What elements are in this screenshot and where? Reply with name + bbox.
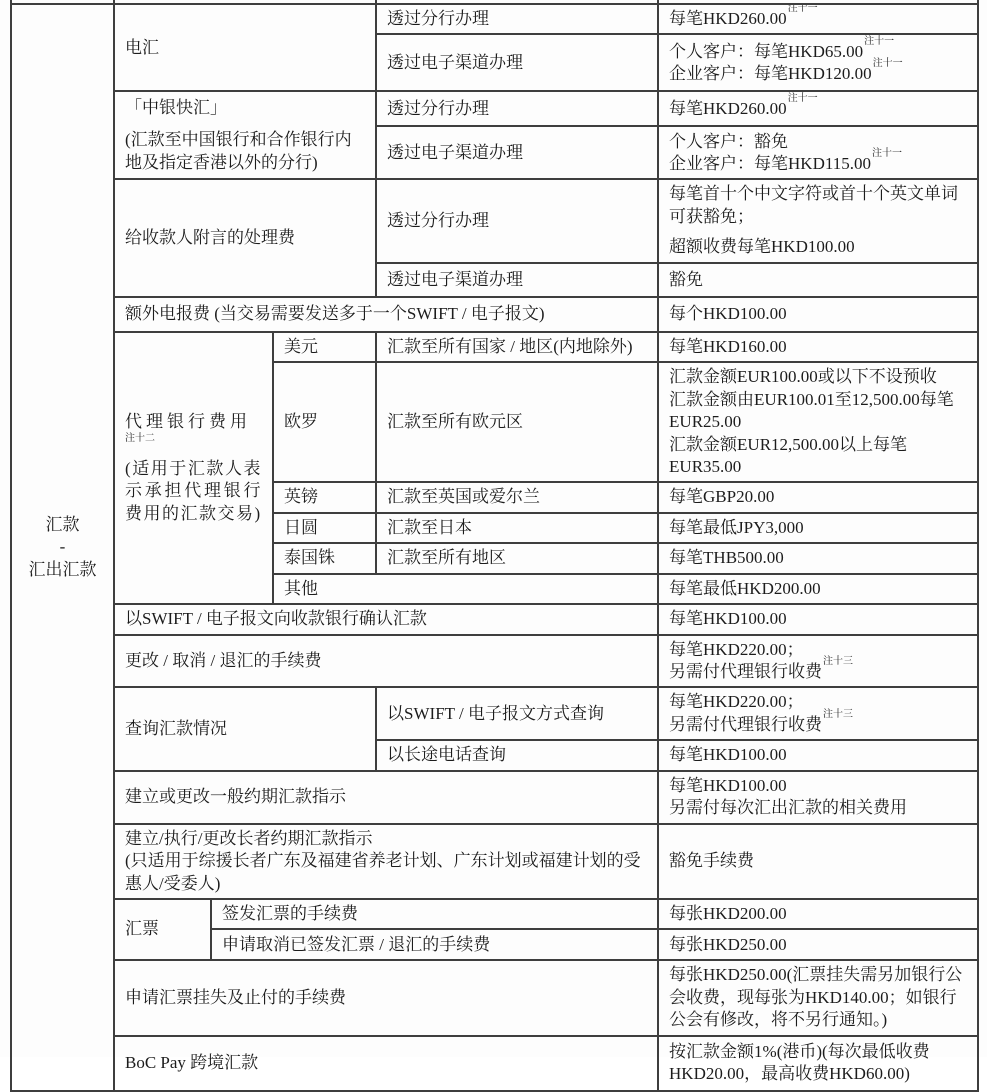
currency-label: 美元 (284, 337, 318, 356)
destination-cell: 汇款至日本 (376, 513, 658, 543)
fee-cell: 每笔HKD100.00 (658, 740, 978, 770)
service-label-cell: 申请汇票挂失及止付的手续费 (114, 960, 658, 1035)
fee-text: 另需付每次汇出汇款的相关费用 (669, 797, 967, 819)
fee-text: 每个HKD100.00 (669, 304, 787, 323)
footnote-marker: 注十一 (788, 93, 818, 104)
fee-text: 每笔最低HKD200.00 (669, 579, 821, 598)
fee-cell: 每个HKD100.00 (658, 297, 978, 332)
channel-cell: 以SWIFT / 电子报文方式查询 (376, 687, 658, 740)
table-row: 查询汇款情况 以SWIFT / 电子报文方式查询 每笔HKD220.00； 另需… (11, 687, 978, 740)
service-description: (适用于汇款人表示承担代理银行费用的汇款交易) (125, 458, 262, 525)
fee-cell: 按汇款金额1%(港币)(每次最低收费HKD20.00，最高收费HKD60.00) (658, 1036, 978, 1091)
service-label-cell: 「中银快汇」 (汇款至中国银行和合作银行内地及指定香港以外的分行) (114, 91, 376, 179)
footnote-marker: 注十三 (823, 709, 853, 720)
destination-cell: 汇款至所有欧元区 (376, 362, 658, 482)
currency-label: 日圆 (284, 518, 318, 537)
sub-service-label: 申请取消已签发汇票 / 退汇的手续费 (222, 935, 490, 954)
channel-cell: 透过分行办理 (376, 4, 658, 34)
section-label-line: 汇出汇款 (22, 559, 103, 581)
fee-text: 每张HKD200.00 (669, 904, 787, 923)
service-label-cell: 建立或更改一般约期汇款指示 (114, 771, 658, 824)
fee-text: 每笔HKD160.00 (669, 337, 787, 356)
footnote-marker: 注十一 (864, 36, 894, 47)
channel-cell: 透过分行办理 (376, 179, 658, 262)
service-label: BoC Pay 跨境汇款 (125, 1053, 258, 1072)
channel-label: 以SWIFT / 电子报文方式查询 (387, 704, 604, 723)
fee-text: 企业客户：每笔HKD120.00注十一 (669, 63, 967, 85)
fee-cell: 每笔HKD260.00注十一 (658, 91, 978, 126)
channel-cell: 透过分行办理 (376, 91, 658, 126)
table-row: 「中银快汇」 (汇款至中国银行和合作银行内地及指定香港以外的分行) 透过分行办理… (11, 91, 978, 126)
service-label: 建立/执行/更改长者约期汇款指示 (125, 828, 647, 850)
table-row: 汇票 签发汇票的手续费 每张HKD200.00 (11, 899, 978, 929)
fee-cell: 汇款金额EUR100.00或以下不设预收 汇款金额由EUR100.01至12,5… (658, 362, 978, 482)
fee-text: 豁免手续费 (669, 851, 754, 870)
destination-cell: 汇款至所有地区 (376, 543, 658, 573)
service-label-cell: 查询汇款情况 (114, 687, 376, 770)
channel-label: 透过分行办理 (387, 9, 489, 28)
fee-cell: 每张HKD250.00(汇票挂失需另加银行公会收费，现每张为HKD140.00；… (658, 960, 978, 1035)
service-label: 给收款人附言的处理费 (125, 228, 295, 247)
service-label-cell: BoC Pay 跨境汇款 (114, 1036, 658, 1091)
service-description: (只适用于综援长者广东及福建省养老计划、广东计划或福建计划的受惠人/受委人) (125, 850, 647, 895)
channel-label: 透过电子渠道办理 (387, 143, 523, 162)
fee-text: 每笔HKD220.00； (669, 691, 967, 713)
currency-cell: 泰国铢 (273, 543, 376, 573)
fee-cell: 每笔HKD160.00 (658, 332, 978, 362)
sub-service-cell: 申请取消已签发汇票 / 退汇的手续费 (211, 929, 658, 960)
fee-text: 每张HKD250.00(汇票挂失需另加银行公会收费，现每张为HKD140.00；… (669, 965, 962, 1029)
destination-label: 汇款至所有地区 (387, 548, 506, 567)
fee-text: 每笔HKD220.00； (669, 639, 967, 661)
service-label: 建立或更改一般约期汇款指示 (125, 787, 346, 806)
destination-label: 汇款至所有国家 / 地区(内地除外) (387, 337, 633, 356)
fee-text: 企业客户：每笔HKD115.00注十一 (669, 153, 967, 175)
service-label-cell: 汇票 (114, 899, 211, 960)
table-row: 建立或更改一般约期汇款指示 每笔HKD100.00 另需付每次汇出汇款的相关费用 (11, 771, 978, 824)
service-label-cell: 建立/执行/更改长者约期汇款指示 (只适用于综援长者广东及福建省养老计划、广东计… (114, 824, 658, 899)
fee-text: 个人客户：每笔HKD65.00注十一 (669, 41, 967, 63)
currency-cell: 美元 (273, 332, 376, 362)
channel-label: 以长途电话查询 (387, 745, 506, 764)
fee-cell: 每笔最低JPY3,000 (658, 513, 978, 543)
fee-schedule-page: 汇款 - 汇出汇款 电汇 透过分行办理 每笔HKD260.00注十一 透过电子渠… (0, 0, 987, 1057)
service-label: 代理银行费用 (125, 411, 262, 433)
fee-text: 每笔HKD260.00 (669, 9, 787, 28)
fee-text: 豁免 (669, 270, 703, 289)
service-label-cell: 更改 / 取消 / 退汇的手续费 (114, 635, 658, 688)
currency-cell: 日圆 (273, 513, 376, 543)
currency-cell: 其他 (273, 574, 658, 604)
service-label: 「中银快汇」 (125, 97, 365, 119)
section-label-line: 汇款 (22, 514, 103, 536)
service-description: (汇款至中国银行和合作银行内地及指定香港以外的分行) (125, 129, 365, 174)
fee-text: 每笔HKD100.00 (669, 745, 787, 764)
table-row: 更改 / 取消 / 退汇的手续费 每笔HKD220.00； 另需付代理银行收费注… (11, 635, 978, 688)
sub-service-label: 签发汇票的手续费 (222, 904, 358, 923)
fee-cell: 个人客户：每笔HKD65.00注十一 企业客户：每笔HKD120.00注十一 (658, 34, 978, 91)
table-row: 申请汇票挂失及止付的手续费 每张HKD250.00(汇票挂失需另加银行公会收费，… (11, 960, 978, 1035)
fee-text: 个人客户：豁免 (669, 131, 967, 153)
fee-cell: 每笔GBP20.00 (658, 482, 978, 512)
table-row: 汇款 - 汇出汇款 电汇 透过分行办理 每笔HKD260.00注十一 (11, 4, 978, 34)
fee-text: 每笔首十个中文字符或首十个英文单词可获豁免； (669, 183, 967, 228)
fee-cell: 每笔首十个中文字符或首十个英文单词可获豁免； 超额收费每笔HKD100.00 (658, 179, 978, 262)
fee-text: 超额收费每笔HKD100.00 (669, 236, 967, 258)
fee-text: 每张HKD250.00 (669, 935, 787, 954)
fee-cell: 每笔HKD260.00注十一 (658, 4, 978, 34)
footnote-marker: 注十一 (788, 4, 818, 14)
service-label: 以SWIFT / 电子报文向收款银行确认汇款 (125, 609, 427, 628)
currency-label: 欧罗 (284, 412, 318, 431)
remittance-fee-table: 汇款 - 汇出汇款 电汇 透过分行办理 每笔HKD260.00注十一 透过电子渠… (10, 0, 979, 1092)
fee-cell: 每笔THB500.00 (658, 543, 978, 573)
fee-cell: 每笔HKD100.00 (658, 604, 978, 634)
destination-label: 汇款至所有欧元区 (387, 412, 523, 431)
destination-label: 汇款至英国或爱尔兰 (387, 487, 540, 506)
fee-cell: 豁免手续费 (658, 824, 978, 899)
service-label-cell: 额外电报费 (当交易需要发送多于一个SWIFT / 电子报文) (114, 297, 658, 332)
fee-text: 汇款金额EUR100.00或以下不设预收 (669, 366, 967, 388)
fee-text: 另需付代理银行收费注十三 (669, 661, 967, 683)
fee-cell: 每张HKD200.00 (658, 899, 978, 929)
fee-text: 另需付代理银行收费注十三 (669, 714, 967, 736)
fee-cell: 每笔HKD220.00； 另需付代理银行收费注十三 (658, 635, 978, 688)
destination-cell: 汇款至英国或爱尔兰 (376, 482, 658, 512)
footnote-marker: 注十一 (873, 58, 903, 69)
channel-label: 透过电子渠道办理 (387, 53, 523, 72)
currency-label: 泰国铢 (284, 548, 335, 567)
service-label: 额外电报费 (当交易需要发送多于一个SWIFT / 电子报文) (125, 304, 545, 323)
fee-text: 每笔最低JPY3,000 (669, 518, 804, 537)
footnote-marker: 注十二 (125, 434, 262, 444)
channel-label: 透过分行办理 (387, 99, 489, 118)
service-label-cell: 给收款人附言的处理费 (114, 179, 376, 296)
table-row: 给收款人附言的处理费 透过分行办理 每笔首十个中文字符或首十个英文单词可获豁免；… (11, 179, 978, 262)
fee-cell: 每笔HKD220.00； 另需付代理银行收费注十三 (658, 687, 978, 740)
fee-text: 每笔THB500.00 (669, 548, 784, 567)
channel-cell: 以长途电话查询 (376, 740, 658, 770)
section-label-cell: 汇款 - 汇出汇款 (11, 4, 114, 1091)
channel-cell: 透过电子渠道办理 (376, 263, 658, 297)
currency-cell: 英镑 (273, 482, 376, 512)
currency-label: 其他 (284, 579, 318, 598)
table-row: 以SWIFT / 电子报文向收款银行确认汇款 每笔HKD100.00 (11, 604, 978, 634)
sub-service-cell: 签发汇票的手续费 (211, 899, 658, 929)
service-label-cell: 电汇 (114, 4, 376, 91)
currency-label: 英镑 (284, 487, 318, 506)
fee-cell: 每张HKD250.00 (658, 929, 978, 960)
service-label: 汇票 (125, 919, 159, 938)
fee-text: 汇款金额EUR12,500.00以上每笔EUR35.00 (669, 434, 967, 479)
fee-cell: 豁免 (658, 263, 978, 297)
service-label: 查询汇款情况 (125, 719, 227, 738)
fee-text: 每笔HKD100.00 (669, 775, 967, 797)
service-label-cell: 代理银行费用 注十二 (适用于汇款人表示承担代理银行费用的汇款交易) (114, 332, 273, 604)
table-row: 额外电报费 (当交易需要发送多于一个SWIFT / 电子报文) 每个HKD100… (11, 297, 978, 332)
destination-cell: 汇款至所有国家 / 地区(内地除外) (376, 332, 658, 362)
table-row: 建立/执行/更改长者约期汇款指示 (只适用于综援长者广东及福建省养老计划、广东计… (11, 824, 978, 899)
fee-cell: 每笔HKD100.00 另需付每次汇出汇款的相关费用 (658, 771, 978, 824)
currency-cell: 欧罗 (273, 362, 376, 482)
fee-cell: 个人客户：豁免 企业客户：每笔HKD115.00注十一 (658, 126, 978, 179)
fee-text: 每笔HKD260.00 (669, 99, 787, 118)
fee-text: 按汇款金额1%(港币)(每次最低收费HKD20.00，最高收费HKD60.00) (669, 1042, 930, 1083)
fee-text: 每笔GBP20.00 (669, 487, 774, 506)
fee-cell: 每笔最低HKD200.00 (658, 574, 978, 604)
service-label: 电汇 (125, 38, 159, 57)
service-label: 更改 / 取消 / 退汇的手续费 (125, 651, 321, 670)
channel-cell: 透过电子渠道办理 (376, 34, 658, 91)
footnote-marker: 注十一 (872, 148, 902, 159)
service-label-cell: 以SWIFT / 电子报文向收款银行确认汇款 (114, 604, 658, 634)
section-label-line: - (22, 536, 103, 558)
channel-label: 透过电子渠道办理 (387, 270, 523, 289)
destination-label: 汇款至日本 (387, 518, 472, 537)
fee-text: 汇款金额由EUR100.01至12,500.00每笔EUR25.00 (669, 389, 967, 434)
channel-label: 透过分行办理 (387, 211, 489, 230)
footnote-marker: 注十三 (823, 656, 853, 667)
table-row: 代理银行费用 注十二 (适用于汇款人表示承担代理银行费用的汇款交易) 美元 汇款… (11, 332, 978, 362)
channel-cell: 透过电子渠道办理 (376, 126, 658, 179)
table-row: BoC Pay 跨境汇款 按汇款金额1%(港币)(每次最低收费HKD20.00，… (11, 1036, 978, 1091)
service-label: 申请汇票挂失及止付的手续费 (125, 988, 346, 1007)
fee-text: 每笔HKD100.00 (669, 609, 787, 628)
